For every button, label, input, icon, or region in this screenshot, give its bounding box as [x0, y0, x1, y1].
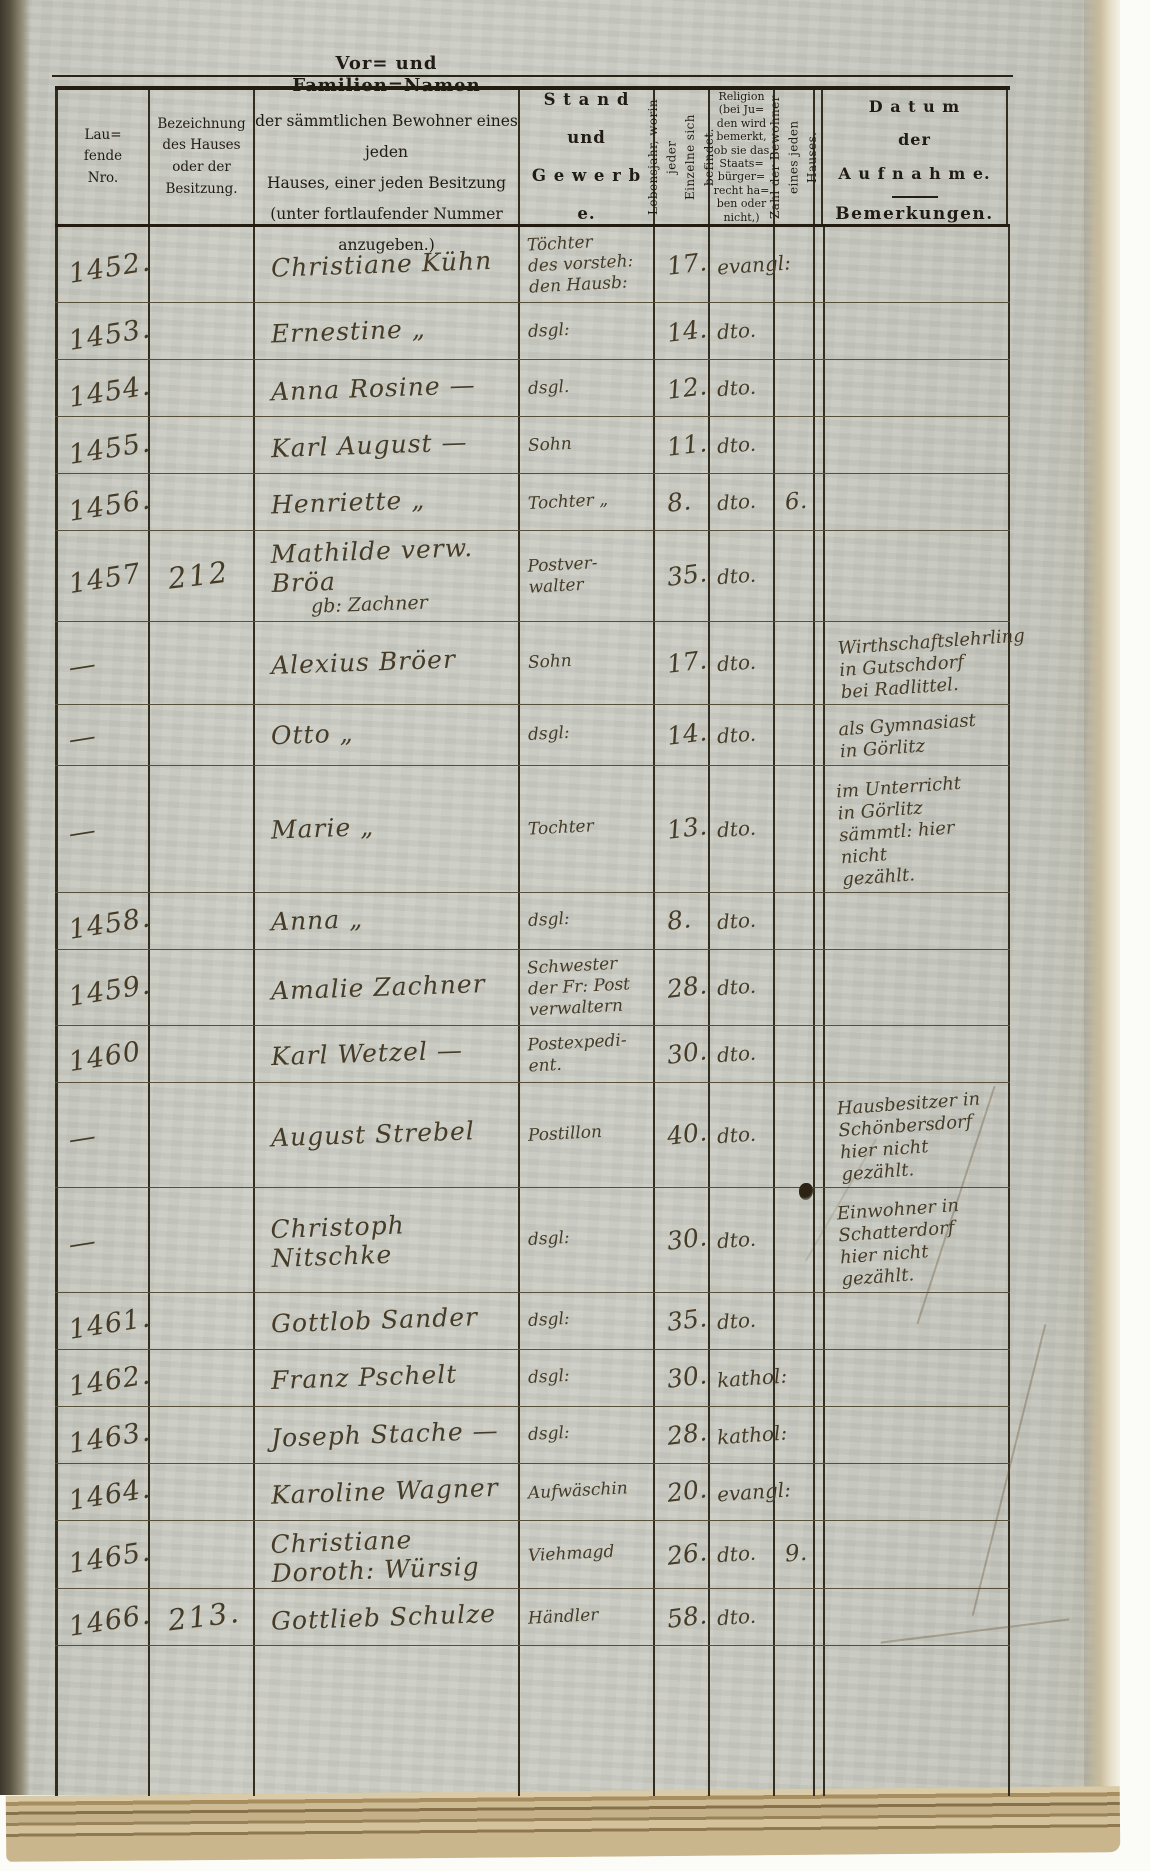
tail-cell — [655, 1646, 710, 1796]
cell-stand-gewerbe: Tochter — [520, 766, 655, 892]
cell-laufende-nro: 1457 — [55, 531, 150, 621]
cell-stand-gewerbe: Sohn — [520, 622, 655, 704]
cell-haus-nro — [150, 360, 255, 416]
double-rule-spacer — [815, 1407, 825, 1463]
cell-lebensjahr: 8. — [655, 474, 710, 530]
empty-ruled-tail — [55, 1646, 1010, 1796]
cell-laufende-nro: 1464. — [55, 1464, 150, 1520]
cell-religion: dto. — [710, 622, 775, 704]
header-laufende-nro: Lau= fende Nro. — [55, 90, 150, 224]
cell-laufende-nro: — — [55, 1083, 150, 1187]
cell-zahl-bewohner — [775, 303, 815, 359]
register-row: 1464. Karoline Wagner Aufwäschin 20. eva… — [55, 1464, 1010, 1521]
cell-lebensjahr: 13. — [655, 766, 710, 892]
cell-name: Marie „ — [255, 766, 520, 892]
cell-stand-gewerbe: dsgl. — [520, 360, 655, 416]
cell-laufende-nro: 1454. — [55, 360, 150, 416]
cell-bemerkungen — [825, 1026, 1010, 1082]
register-row: — Christoph Nitschke dsgl: 30. dto. Einw… — [55, 1188, 1010, 1293]
cell-bemerkungen: als Gymnasiast in Görlitz — [825, 705, 1010, 765]
cell-haus-nro — [150, 705, 255, 765]
cell-haus-nro — [150, 1407, 255, 1463]
cell-name: August Strebel — [255, 1083, 520, 1187]
cell-name: Joseph Stache — — [255, 1407, 520, 1463]
cell-haus-nro — [150, 474, 255, 530]
cell-religion: dto. — [710, 950, 775, 1025]
cell-lebensjahr: 8. — [655, 893, 710, 949]
header-bemerkungen-label: Bemerkungen. — [835, 204, 993, 224]
register-row: — Marie „ Tochter 13. dto. im Unterricht… — [55, 766, 1010, 893]
cell-bemerkungen: im Unterricht in Görlitz sämmtl: hier ni… — [825, 766, 1010, 892]
cell-religion: dto. — [710, 893, 775, 949]
cell-name: Mathilde verw. Bröa gb: Zachner — [255, 531, 520, 621]
double-rule-spacer — [815, 950, 825, 1025]
cell-stand-gewerbe: Tochter „ — [520, 474, 655, 530]
register-row: — August Strebel Postillon 40. dto. Haus… — [55, 1083, 1010, 1188]
cell-religion: kathol: — [710, 1350, 775, 1406]
double-rule-spacer — [815, 893, 825, 949]
cell-haus-nro — [150, 622, 255, 704]
cell-zahl-bewohner — [775, 1026, 815, 1082]
cell-lebensjahr: 20. — [655, 1464, 710, 1520]
table-header-row: Lau= fende Nro. Bezeichnung des Hauses o… — [55, 86, 1010, 227]
cell-laufende-nro: 1463. — [55, 1407, 150, 1463]
cell-stand-gewerbe: dsgl: — [520, 1407, 655, 1463]
register-row: 1465. Christiane Doroth: Würsig Viehmagd… — [55, 1521, 1010, 1590]
double-rule-spacer — [815, 1464, 825, 1520]
cell-religion: evangl: — [710, 227, 775, 302]
cell-bemerkungen — [825, 303, 1010, 359]
register-row: 1459. Amalie Zachner Schwester der Fr: P… — [55, 950, 1010, 1026]
cell-lebensjahr: 26. — [655, 1521, 710, 1589]
register-row: 1457 212 Mathilde verw. Bröa gb: Zachner… — [55, 531, 1010, 622]
cell-haus-nro — [150, 1350, 255, 1406]
tail-cell — [150, 1646, 255, 1796]
book-fore-edge-pages — [6, 1786, 1121, 1862]
tail-cell — [55, 1646, 150, 1796]
cell-zahl-bewohner — [775, 705, 815, 765]
cell-laufende-nro: — — [55, 705, 150, 765]
double-rule-spacer — [815, 1350, 825, 1406]
cell-religion: dto. — [710, 417, 775, 473]
register-row: 1453. Ernestine „ dsgl: 14. dto. — [55, 303, 1010, 360]
cell-name: Ernestine „ — [255, 303, 520, 359]
cell-name: Christoph Nitschke — [255, 1188, 520, 1292]
cell-stand-gewerbe: dsgl: — [520, 1293, 655, 1349]
cell-haus-nro — [150, 1464, 255, 1520]
tail-cell — [825, 1646, 1010, 1796]
cell-stand-gewerbe: dsgl: — [520, 303, 655, 359]
cell-religion: dto. — [710, 1521, 775, 1589]
cell-lebensjahr: 28. — [655, 950, 710, 1025]
cell-religion: dto. — [710, 1026, 775, 1082]
tail-cell — [815, 1646, 825, 1796]
header-namen-title: Vor= und Familien=Namen — [255, 53, 518, 96]
cell-zahl-bewohner — [775, 766, 815, 892]
cell-zahl-bewohner — [775, 1407, 815, 1463]
cell-zahl-bewohner — [775, 622, 815, 704]
double-rule-spacer — [815, 1521, 825, 1589]
cell-bemerkungen — [825, 893, 1010, 949]
cell-zahl-bewohner — [775, 1293, 815, 1349]
cell-name: Karl August — — [255, 417, 520, 473]
cell-stand-gewerbe: Töchter des vorsteh: den Hausb: — [520, 227, 655, 302]
cell-laufende-nro: 1466. — [55, 1589, 150, 1645]
header-datum-bemerkungen: D a t u m der A u f n a h m e. Bemerkung… — [823, 90, 1008, 224]
register-row: 1454. Anna Rosine — dsgl. 12. dto. — [55, 360, 1010, 417]
cell-stand-gewerbe: Postillon — [520, 1083, 655, 1187]
cell-zahl-bewohner — [775, 893, 815, 949]
double-rule-spacer — [815, 1083, 825, 1187]
cell-religion: kathol: — [710, 1407, 775, 1463]
header-divider-line — [892, 196, 938, 198]
cell-religion: dto. — [710, 705, 775, 765]
cell-lebensjahr: 58. — [655, 1589, 710, 1645]
table-body: 1452. Christiane Kühn Töchter des vorste… — [55, 227, 1010, 1646]
cell-lebensjahr: 14. — [655, 705, 710, 765]
cell-haus-nro — [150, 893, 255, 949]
cell-zahl-bewohner — [775, 1350, 815, 1406]
cell-name: Anna Rosine — — [255, 360, 520, 416]
cell-zahl-bewohner — [775, 417, 815, 473]
book-binding-edge — [0, 0, 30, 1795]
register-row: — Alexius Bröer Sohn 17. dto. Wirthschaf… — [55, 622, 1010, 705]
cell-zahl-bewohner — [775, 227, 815, 302]
cell-haus-nro: 212 — [150, 531, 255, 621]
double-rule-spacer — [815, 1589, 825, 1645]
cell-laufende-nro: 1459. — [55, 950, 150, 1025]
cell-bemerkungen — [825, 1407, 1010, 1463]
cell-name: Gottlob Sander — [255, 1293, 520, 1349]
cell-bemerkungen — [825, 227, 1010, 302]
cell-haus-nro — [150, 766, 255, 892]
cell-name: Karoline Wagner — [255, 1464, 520, 1520]
cell-lebensjahr: 14. — [655, 303, 710, 359]
cell-bemerkungen: Einwohner in Schatterdorf hier nicht gez… — [825, 1188, 1010, 1292]
cell-laufende-nro: 1461. — [55, 1293, 150, 1349]
cell-laufende-nro: 1458. — [55, 893, 150, 949]
double-rule-spacer — [815, 474, 825, 530]
cell-haus-nro — [150, 1293, 255, 1349]
cell-lebensjahr: 17. — [655, 227, 710, 302]
cell-name: Christiane Doroth: Würsig — [255, 1521, 520, 1589]
cell-zahl-bewohner: 9. — [775, 1521, 815, 1589]
cell-lebensjahr: 28. — [655, 1407, 710, 1463]
cell-lebensjahr: 30. — [655, 1350, 710, 1406]
cell-religion: dto. — [710, 1188, 775, 1292]
register-row: 1463. Joseph Stache — dsgl: 28. kathol: — [55, 1407, 1010, 1464]
cell-lebensjahr: 11. — [655, 417, 710, 473]
cell-haus-nro — [150, 1521, 255, 1589]
header-bezeichnung: Bezeichnung des Hauses oder der Besitzun… — [150, 90, 255, 224]
header-zahl-bewohner: Zahl der Bewohner eines jeden Hauses. — [775, 90, 815, 224]
cell-zahl-bewohner — [775, 531, 815, 621]
tail-cell — [520, 1646, 655, 1796]
cell-zahl-bewohner — [775, 360, 815, 416]
cell-lebensjahr: 30. — [655, 1188, 710, 1292]
double-rule-spacer — [815, 360, 825, 416]
cell-haus-nro — [150, 303, 255, 359]
cell-stand-gewerbe: dsgl: — [520, 705, 655, 765]
cell-lebensjahr: 30. — [655, 1026, 710, 1082]
cell-laufende-nro: 1453. — [55, 303, 150, 359]
register-row: 1452. Christiane Kühn Töchter des vorste… — [55, 227, 1010, 303]
cell-bemerkungen — [825, 1464, 1010, 1520]
cell-laufende-nro: 1452. — [55, 227, 150, 302]
cell-haus-nro — [150, 1188, 255, 1292]
register-row: 1458. Anna „ dsgl: 8. dto. — [55, 893, 1010, 950]
cell-religion: dto. — [710, 360, 775, 416]
tail-cell — [710, 1646, 775, 1796]
cell-bemerkungen — [825, 474, 1010, 530]
header-datum-title: D a t u m der A u f n a h m e. — [835, 90, 993, 191]
cell-bemerkungen: Hausbesitzer in Schönbersdorf hier nicht… — [825, 1083, 1010, 1187]
cell-bemerkungen — [825, 360, 1010, 416]
cell-name: Amalie Zachner — [255, 950, 520, 1025]
double-rule-spacer — [815, 303, 825, 359]
tail-cell — [255, 1646, 520, 1796]
header-lebensjahr: Lebensjahr, worin jeder Einzelne sich be… — [655, 90, 710, 224]
cell-name: Franz Pschelt — [255, 1350, 520, 1406]
cell-stand-gewerbe: Postexpedi- ent. — [520, 1026, 655, 1082]
double-rule-spacer — [815, 90, 823, 224]
cell-haus-nro — [150, 1083, 255, 1187]
cell-stand-gewerbe: dsgl: — [520, 1188, 655, 1292]
cell-lebensjahr: 40. — [655, 1083, 710, 1187]
register-table: Lau= fende Nro. Bezeichnung des Hauses o… — [55, 86, 1010, 1796]
cell-zahl-bewohner — [775, 1083, 815, 1187]
cell-laufende-nro: 1460 — [55, 1026, 150, 1082]
register-row: 1456. Henriette „ Tochter „ 8. dto. 6. — [55, 474, 1010, 531]
cell-haus-nro — [150, 227, 255, 302]
cell-religion: dto. — [710, 474, 775, 530]
tail-cell — [775, 1646, 815, 1796]
register-row: 1460 Karl Wetzel — Postexpedi- ent. 30. … — [55, 1026, 1010, 1083]
cell-zahl-bewohner: 6. — [775, 474, 815, 530]
cell-name: Anna „ — [255, 893, 520, 949]
cell-name: Alexius Bröer — [255, 622, 520, 704]
double-rule-spacer — [815, 766, 825, 892]
header-namen: Vor= und Familien=Namen der sämmtlichen … — [255, 90, 520, 224]
scanned-register-page: Lau= fende Nro. Bezeichnung des Hauses o… — [0, 0, 1150, 1871]
cell-stand-gewerbe: Schwester der Fr: Post verwaltern — [520, 950, 655, 1025]
header-stand-gewerbe: S t a n d und G e w e r b e. — [520, 90, 655, 224]
cell-name: Gottlieb Schulze — [255, 1589, 520, 1645]
cell-religion: dto. — [710, 766, 775, 892]
register-row: 1466. 213. Gottlieb Schulze Händler 58. … — [55, 1589, 1010, 1646]
cell-bemerkungen — [825, 531, 1010, 621]
cell-religion: dto. — [710, 531, 775, 621]
cell-stand-gewerbe: dsgl: — [520, 1350, 655, 1406]
cell-lebensjahr: 17. — [655, 622, 710, 704]
cell-haus-nro — [150, 950, 255, 1025]
cell-religion: evangl: — [710, 1464, 775, 1520]
cell-religion: dto. — [710, 1589, 775, 1645]
cell-laufende-nro: 1465. — [55, 1521, 150, 1589]
cell-name: Otto „ — [255, 705, 520, 765]
register-row: 1461. Gottlob Sander dsgl: 35. dto. — [55, 1293, 1010, 1350]
double-rule-spacer — [815, 531, 825, 621]
cell-bemerkungen — [825, 417, 1010, 473]
cell-haus-nro — [150, 1026, 255, 1082]
cell-stand-gewerbe: Aufwäschin — [520, 1464, 655, 1520]
cell-stand-gewerbe: Händler — [520, 1589, 655, 1645]
cell-name: Karl Wetzel — — [255, 1026, 520, 1082]
double-rule-spacer — [815, 1026, 825, 1082]
cell-laufende-nro: 1456. — [55, 474, 150, 530]
cell-stand-gewerbe: dsgl: — [520, 893, 655, 949]
cell-bemerkungen — [825, 950, 1010, 1025]
cell-religion: dto. — [710, 303, 775, 359]
cell-laufende-nro: — — [55, 766, 150, 892]
double-rule-spacer — [815, 705, 825, 765]
double-rule-spacer — [815, 1293, 825, 1349]
register-row: — Otto „ dsgl: 14. dto. als Gymnasiast i… — [55, 705, 1010, 766]
page-right-edge — [1084, 0, 1120, 1795]
cell-zahl-bewohner — [775, 1188, 815, 1292]
register-row: 1455. Karl August — Sohn 11. dto. — [55, 417, 1010, 474]
cell-laufende-nro: 1455. — [55, 417, 150, 473]
cell-stand-gewerbe: Postver- walter — [520, 531, 655, 621]
cell-haus-nro — [150, 417, 255, 473]
cell-laufende-nro: 1462. — [55, 1350, 150, 1406]
cell-stand-gewerbe: Sohn — [520, 417, 655, 473]
double-rule-spacer — [815, 622, 825, 704]
cell-name: Christiane Kühn — [255, 227, 520, 302]
cell-bemerkungen: Wirthschaftslehrling in Gutschdorf bei R… — [825, 622, 1010, 704]
cell-laufende-nro: — — [55, 622, 150, 704]
cell-religion: dto. — [710, 1083, 775, 1187]
cell-haus-nro: 213. — [150, 1589, 255, 1645]
cell-lebensjahr: 35. — [655, 1293, 710, 1349]
double-rule-spacer — [815, 227, 825, 302]
register-row: 1462. Franz Pschelt dsgl: 30. kathol: — [55, 1350, 1010, 1407]
cell-stand-gewerbe: Viehmagd — [520, 1521, 655, 1589]
cell-lebensjahr: 12. — [655, 360, 710, 416]
cell-lebensjahr: 35. — [655, 531, 710, 621]
cell-laufende-nro: — — [55, 1188, 150, 1292]
cell-bemerkungen — [825, 1350, 1010, 1406]
cell-zahl-bewohner — [775, 1589, 815, 1645]
cell-zahl-bewohner — [775, 1464, 815, 1520]
cell-name: Henriette „ — [255, 474, 520, 530]
double-rule-spacer — [815, 417, 825, 473]
cell-zahl-bewohner — [775, 950, 815, 1025]
cell-religion: dto. — [710, 1293, 775, 1349]
